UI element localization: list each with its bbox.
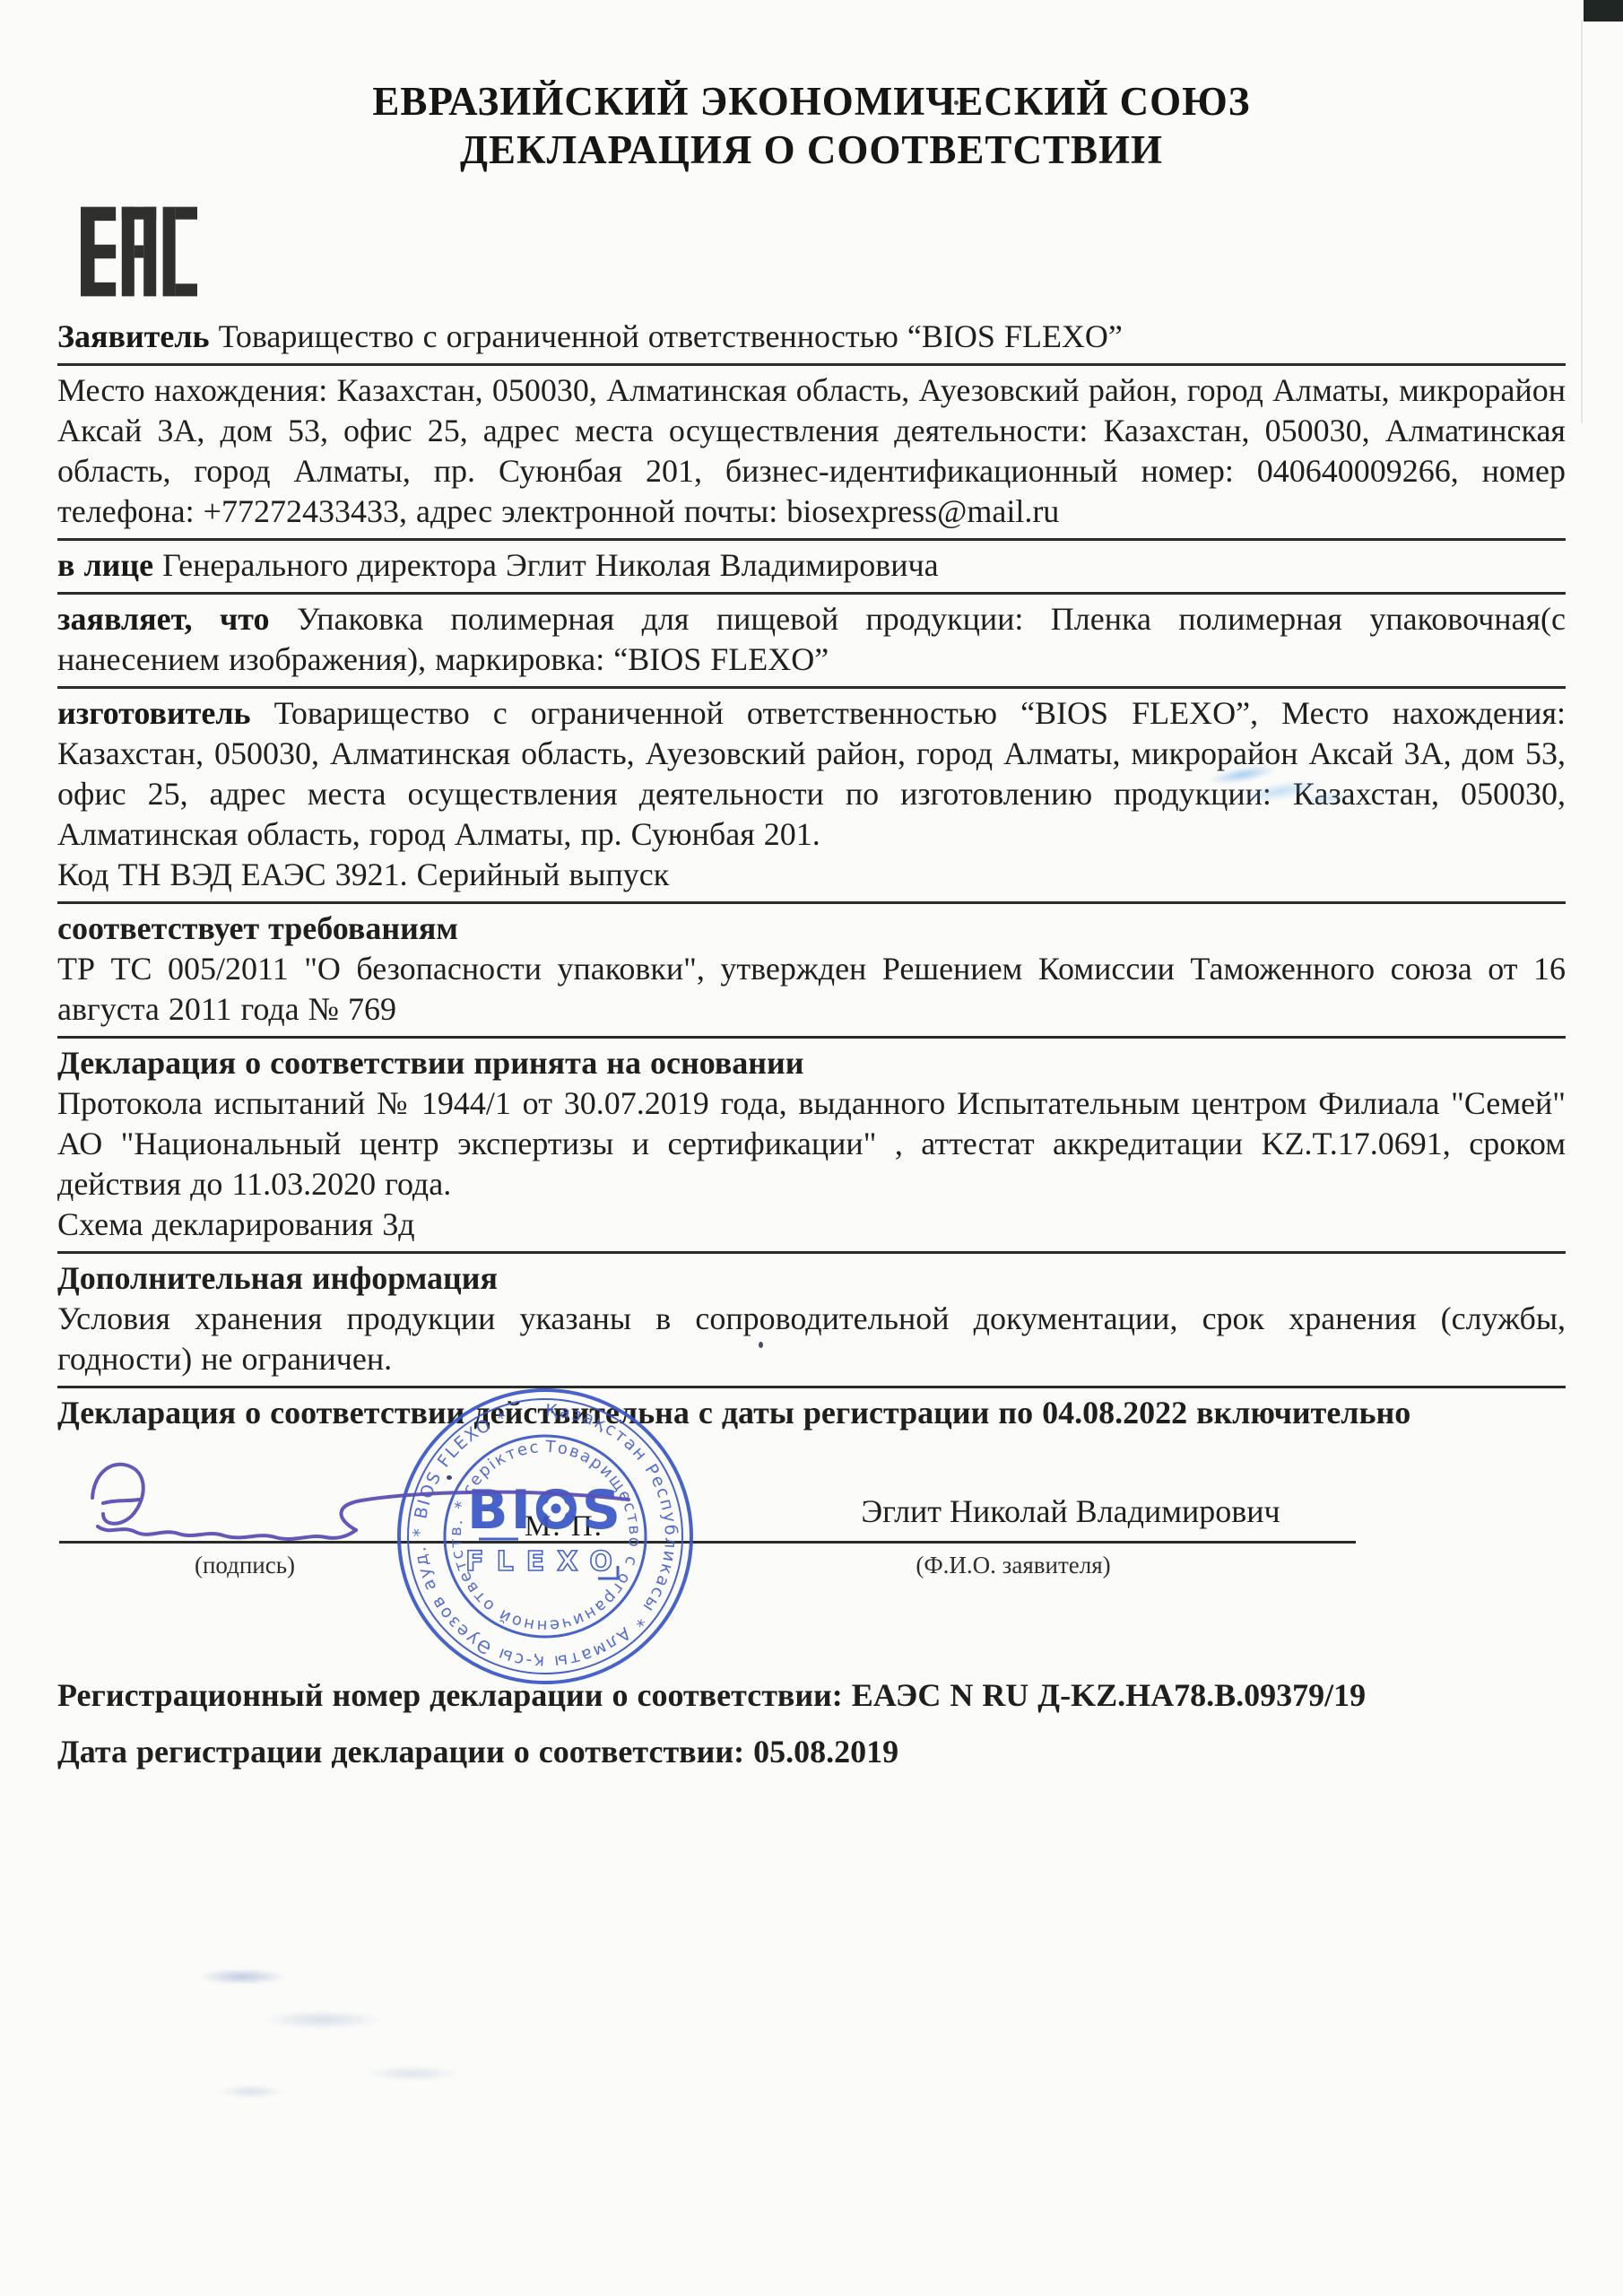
registration-date: Дата регистрации декларации о соответств… [57,1732,1566,1772]
field-divider [57,538,1566,541]
scan-speck [954,100,959,105]
field-declares-value: Упаковка полимерная для пищевой продукци… [57,601,1566,677]
field-applicant: Заявитель Товарищество с ограниченной от… [57,317,1566,357]
document-content: ЕВРАЗИЙСКИЙ ЭКОНОМИЧЕСКИЙ СОЮЗ ДЕКЛАРАЦИ… [57,0,1566,1772]
field-divider [57,363,1566,366]
declaration-document: ЕВРАЗИЙСКИЙ ЭКОНОМИЧЕСКИЙ СОЮЗ ДЕКЛАРАЦИ… [0,0,1623,2296]
applicant-name-caption: (Ф.И.О. заявителя) [744,1552,1282,1579]
page-title-line2: ДЕКЛАРАЦИЯ О СООТВЕТСТВИИ [57,126,1566,174]
field-declaration-scheme: Схема декларирования 3д [57,1205,1566,1245]
field-complies-text: ТР ТС 005/2011 "О безопасности упаковки"… [57,949,1566,1030]
scan-page-edge [1581,20,1583,423]
field-divider [57,1251,1566,1254]
field-applicant-value: Товарищество с ограниченной ответственно… [219,318,1123,354]
document-header: ЕВРАЗИЙСКИЙ ЭКОНОМИЧЕСКИЙ СОЮЗ ДЕКЛАРАЦИ… [57,0,1566,174]
field-divider [57,1036,1566,1039]
registration-number: Регистрационный номер декларации о соотв… [57,1675,1566,1716]
field-basis-text: Протокола испытаний № 1944/1 от 30.07.20… [57,1083,1566,1205]
eac-mark-icon [81,192,197,311]
heading-additional-info: Дополнительная информация [57,1258,1566,1299]
field-divider [57,1386,1566,1388]
field-declares: заявляет, что Упаковка полимерная для пи… [57,599,1566,680]
field-in-person: в лице Генерального директора Эглит Нико… [57,545,1566,586]
applicant-name: Эглит Николай Владимирович [766,1492,1376,1530]
heading-complies: соответствует требованиям [57,909,1566,949]
ink-smudge-bottom [108,1944,556,2124]
scan-speck [447,1475,452,1480]
field-divider [57,901,1566,904]
field-in-person-value: Генерального директора Эглит Николая Вла… [162,547,938,583]
page-title-line1: ЕВРАЗИЙСКИЙ ЭКОНОМИЧЕСКИЙ СОЮЗ [57,77,1566,126]
field-validity: Декларация о соответствии действительна … [57,1393,1566,1433]
field-divider [57,592,1566,595]
handwritten-signature-icon [53,1451,681,1586]
field-in-person-label: в лице [57,547,153,583]
field-declares-label: заявляет, что [57,601,270,637]
field-divider [57,686,1566,689]
scan-speck [759,1342,763,1348]
field-additional-text: Условия хранения продукции указаны в соп… [57,1299,1566,1379]
field-applicant-label: Заявитель [57,318,210,354]
signature-area: (подпись) Эглит Николай Владимирович (Ф.… [57,1446,1566,1652]
heading-basis: Декларация о соответствии принята на осн… [57,1043,1566,1083]
field-location: Место нахождения: Казахстан, 050030, Алм… [57,370,1566,532]
scan-corner-artifact [1584,0,1623,22]
field-manufacturer-label: изготовитель [57,695,251,731]
field-tnved-code: Код ТН ВЭД ЕАЭС 3921. Серийный выпуск [57,855,1566,895]
